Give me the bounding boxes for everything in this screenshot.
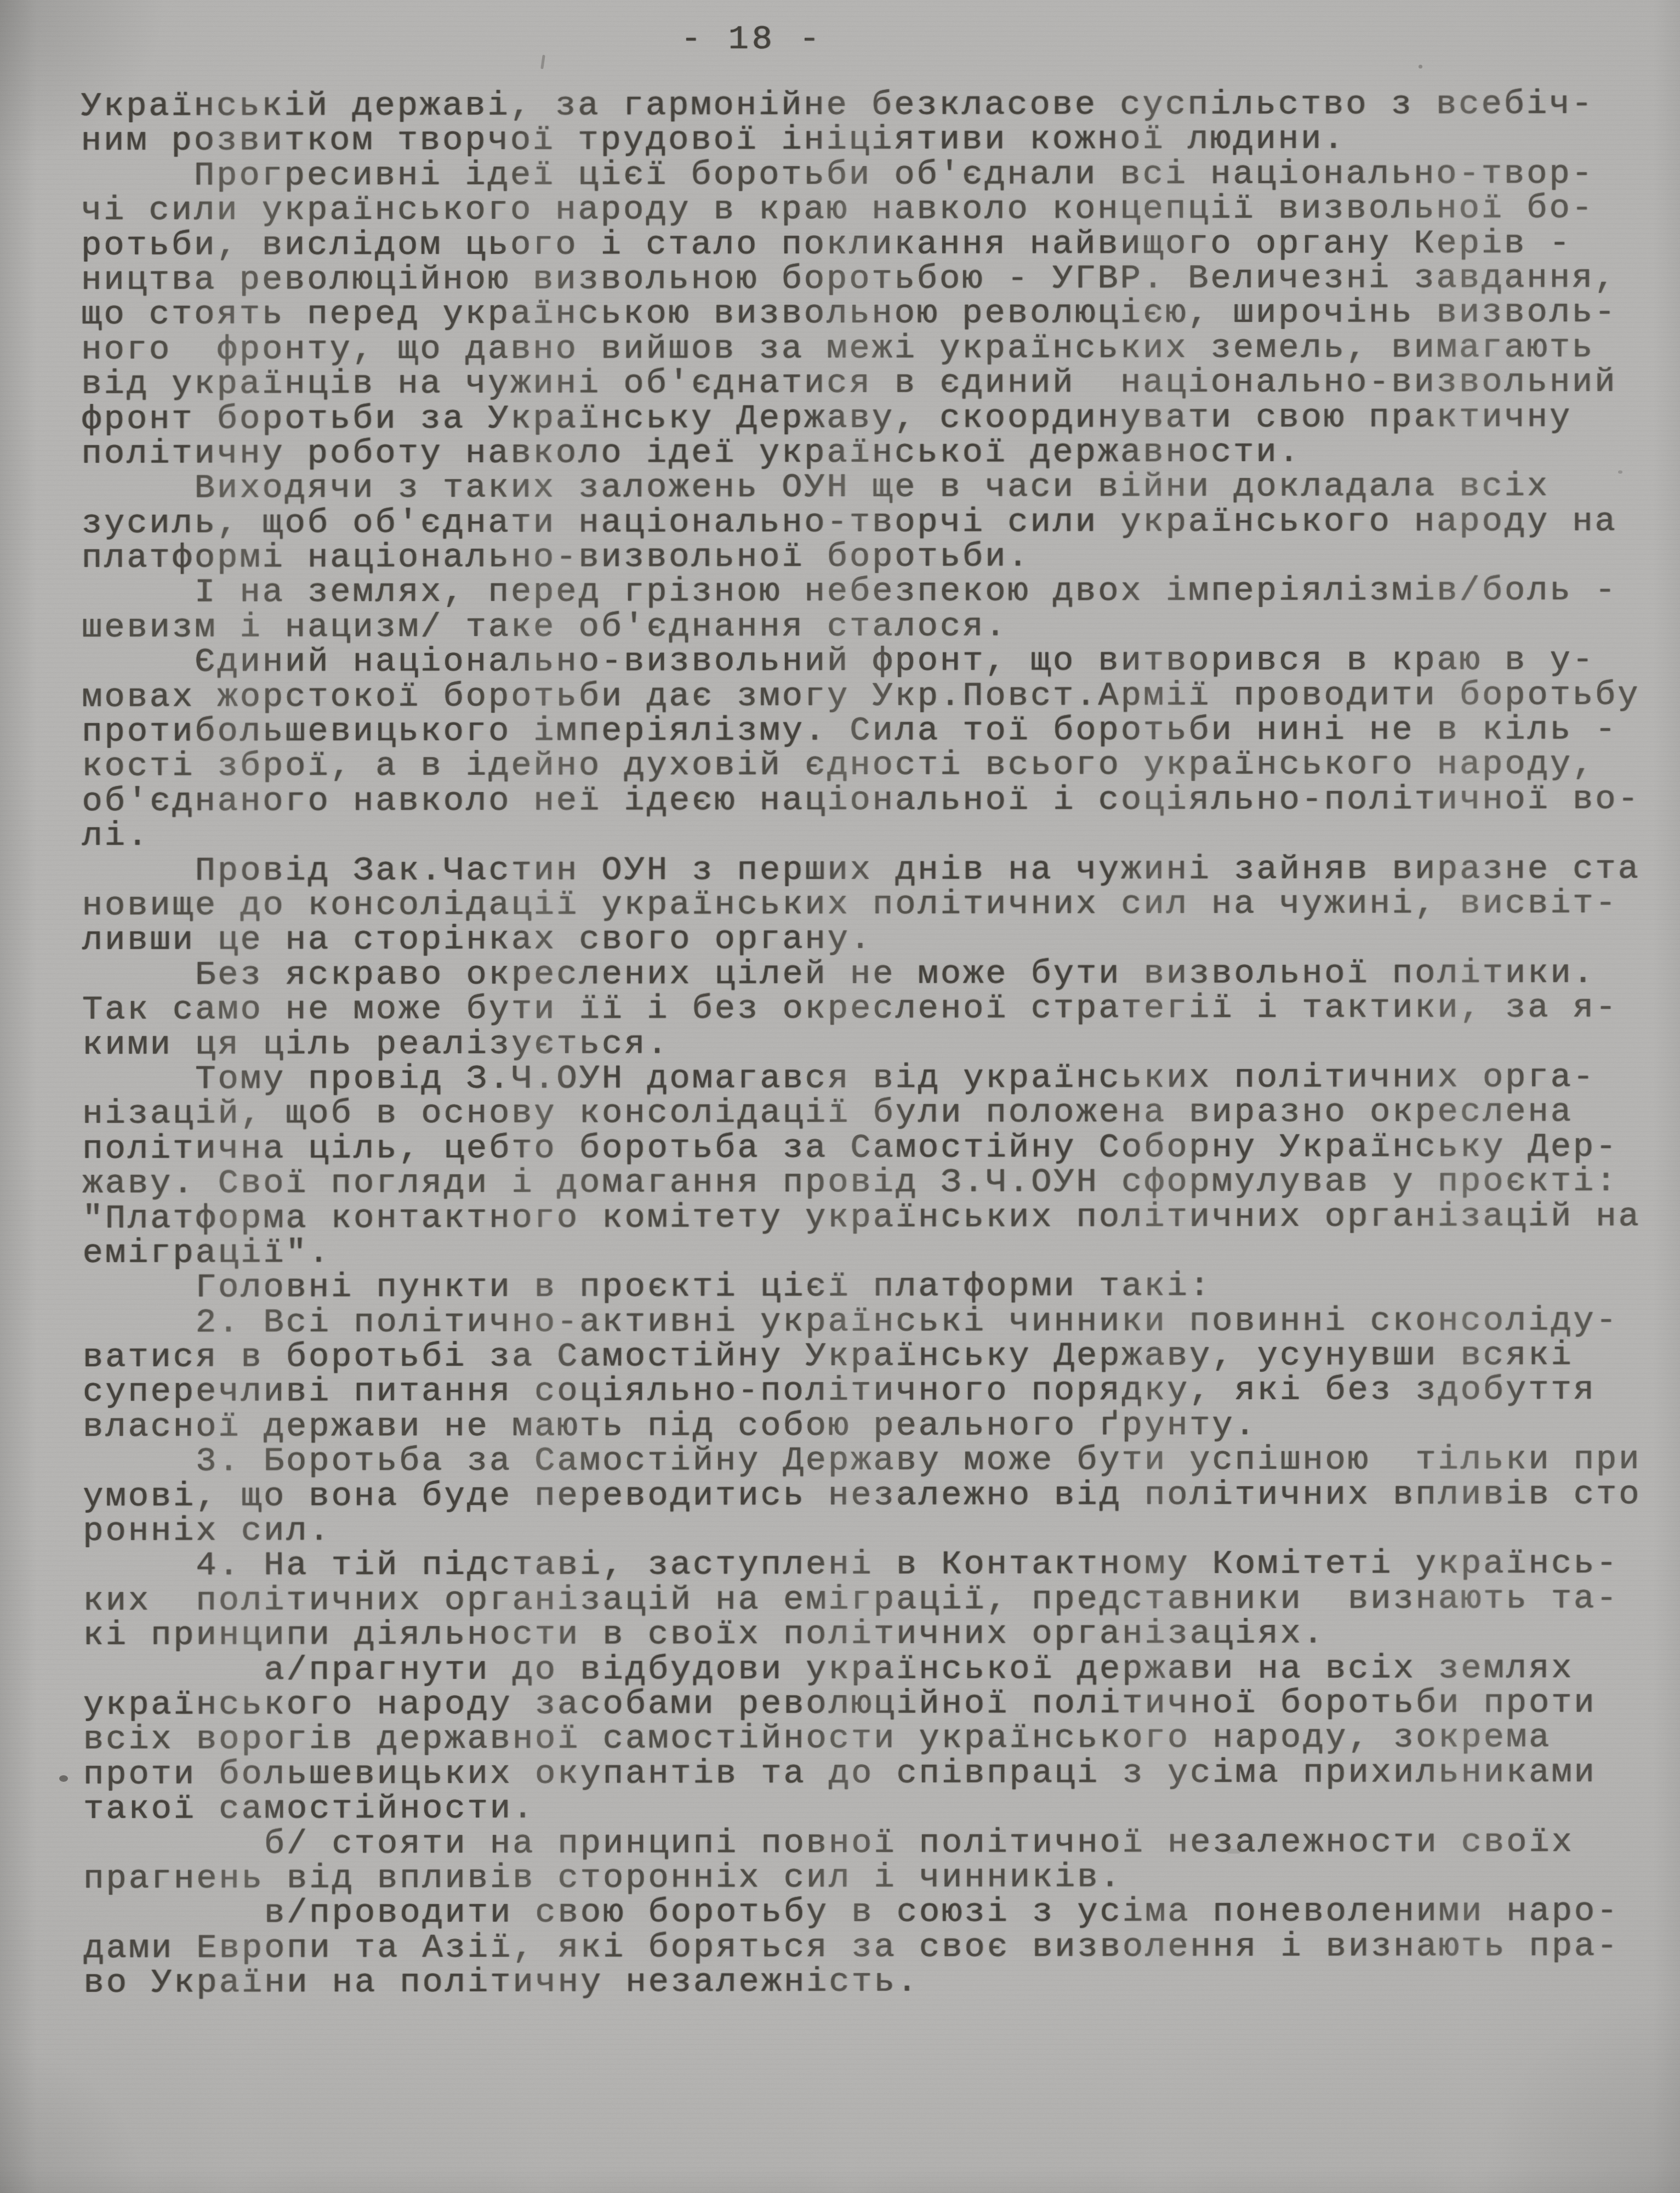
- text-line: що стоять перед українською визвольною р…: [81, 295, 1639, 332]
- text-line: власної держави не мають під собою реаль…: [83, 1407, 1641, 1444]
- text-line: Головні пункти в проєкті цієї платформи …: [83, 1268, 1641, 1305]
- text-line: всіх ворогів державної самостійности укр…: [83, 1720, 1642, 1757]
- page-number: - 18 -: [681, 20, 823, 59]
- text-line: дами Европи та Азії, які боряться за сво…: [83, 1929, 1642, 1965]
- text-line: во України на політичну незалежність.: [83, 1963, 1642, 2000]
- text-line: Без яскраво окреслених цілей не може бут…: [82, 956, 1641, 992]
- text-line: прагнень від впливів сторонніх сил і чин…: [83, 1859, 1642, 1896]
- text-line: Провід Зак.Частин ОУН з перших днів на ч…: [82, 851, 1641, 888]
- text-line: умові, що вона буде переводитись незалеж…: [83, 1477, 1641, 1514]
- text-line: нізацій, щоб в основу консолідації були …: [82, 1094, 1641, 1131]
- text-line: ронніх сил.: [83, 1512, 1641, 1548]
- text-line: Прогресивні ідеї цієї боротьби об'єднали…: [81, 156, 1639, 193]
- text-line: кі принципи діяльности в своїх політични…: [83, 1616, 1641, 1652]
- text-line: 3. Боротьба за Самостійну Державу може б…: [83, 1442, 1641, 1479]
- text-line: в/проводити свою боротьбу в союзі з усім…: [83, 1894, 1642, 1930]
- text-line: ного фронту, що давно вийшов за межі укр…: [81, 330, 1639, 367]
- text-line: кості зброї, а в ідейно духовій єдності …: [82, 747, 1640, 783]
- text-line: платформі національно-визвольної боротьб…: [82, 538, 1640, 575]
- text-line: І на землях, перед грізною небезпекою дв…: [82, 573, 1640, 610]
- scan-speck: [59, 1775, 68, 1782]
- text-line: такої самостійности.: [83, 1789, 1642, 1826]
- text-line: ватися в боротьбі за Самостійну Українсь…: [83, 1338, 1641, 1374]
- text-line: ких політичних організацій на еміграції,…: [83, 1581, 1641, 1618]
- text-line: шевизм і нацизм/ таке об'єднання сталося…: [82, 608, 1640, 645]
- text-line: б/ стояти на принципі повної політичної …: [83, 1825, 1642, 1861]
- text-line: мовах жорстокої боротьби дає змогу Укр.П…: [82, 678, 1640, 714]
- text-line: ротьби, вислідом цього і стало покликанн…: [81, 226, 1639, 263]
- scan-speck: [1419, 65, 1422, 69]
- text-line: об'єднаного навколо неї ідеєю національн…: [82, 782, 1640, 819]
- text-line: 2. Всі політично-активні українські чинн…: [83, 1303, 1641, 1340]
- text-line: Так само не може бути її і без окреслено…: [82, 990, 1641, 1027]
- text-line: чі сили українського народу в краю навко…: [81, 191, 1639, 228]
- document-text: Українській державі, за гармонійне безкл…: [81, 87, 1642, 2000]
- text-line: кими ця ціль реалізується.: [82, 1025, 1641, 1062]
- text-line: зусиль, щоб об'єднати національно-творчі…: [82, 504, 1640, 541]
- text-line: жаву. Свої погляди і домагання провід З.…: [82, 1164, 1641, 1201]
- text-line: "Платформа контактного комітету українсь…: [82, 1199, 1641, 1236]
- text-line: ним розвитком творчої трудової ініціятив…: [81, 121, 1639, 158]
- text-line: від українців на чужині об'єднатися в єд…: [81, 365, 1639, 401]
- text-line: суперечливі питання соціяльно-політичног…: [83, 1372, 1641, 1409]
- text-line: українського народу засобами революційно…: [83, 1685, 1642, 1722]
- text-line: фронт боротьби за Українську Державу, ск…: [81, 400, 1639, 436]
- text-line: лі.: [82, 816, 1640, 853]
- text-line: протибольшевицького імперіялізму. Сила т…: [82, 712, 1640, 749]
- scan-speck: [540, 55, 545, 69]
- text-line: проти большевицьких окупантів та до спів…: [83, 1755, 1642, 1792]
- text-line: Тому провід З.Ч.ОУН домагався від україн…: [82, 1060, 1641, 1096]
- text-line: політична ціль, цебто боротьба за Самост…: [82, 1129, 1641, 1166]
- text-line: 4. На тій підставі, заступлені в Контакт…: [83, 1546, 1641, 1583]
- text-line: політичну роботу навколо ідеї українсько…: [81, 434, 1639, 471]
- text-line: еміграції".: [82, 1234, 1641, 1270]
- text-line: Українській державі, за гармонійне безкл…: [81, 87, 1639, 123]
- text-line: а/прагнути до відбудови української держ…: [83, 1651, 1642, 1688]
- scanned-document-page: - 18 - Українській державі, за гармонійн…: [0, 0, 1680, 2193]
- text-line: новище до консолідації українських політ…: [82, 886, 1641, 923]
- text-line: Єдиний національно-визвольний фронт, що …: [82, 643, 1640, 679]
- text-line: ливши це на сторінках свого органу.: [82, 921, 1641, 957]
- text-line: Виходячи з таких заложень ОУН ще в часи …: [82, 469, 1640, 505]
- text-line: ництва революційною визвольною боротьбою…: [81, 260, 1639, 297]
